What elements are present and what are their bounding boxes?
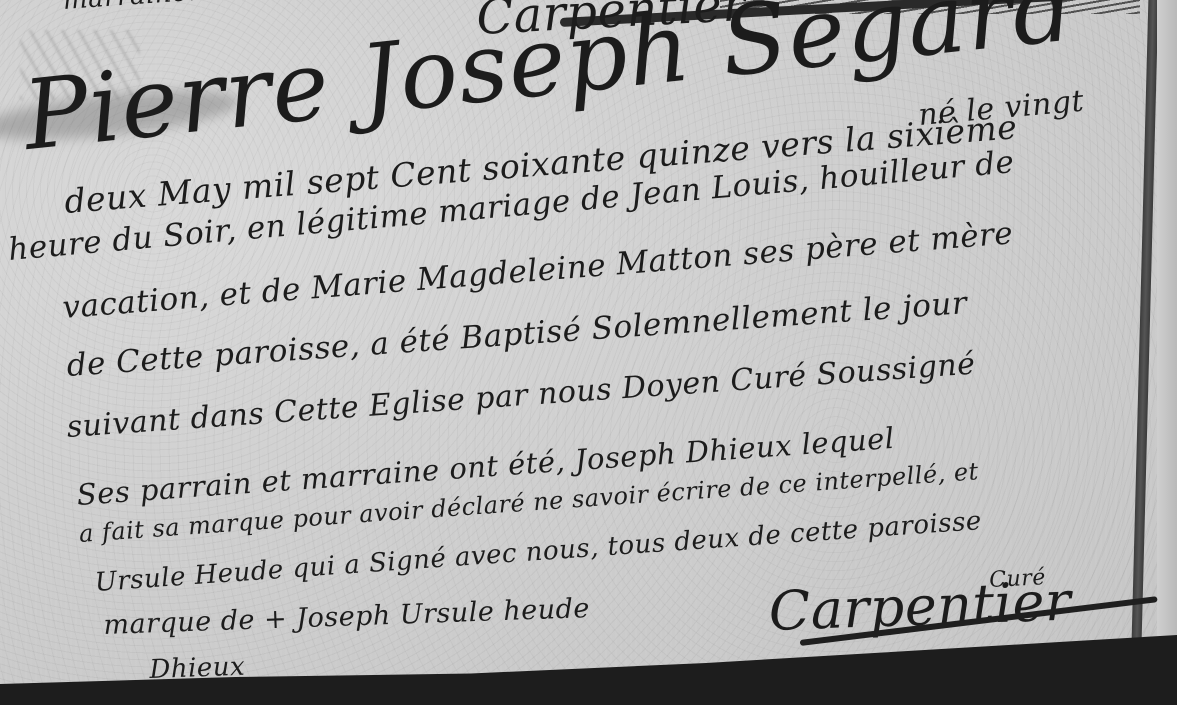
priest-title: Curé bbox=[989, 565, 1047, 593]
right-margin-rule bbox=[1132, 0, 1159, 640]
scanned-register-page: marraine. Carpentier Pierre Joseph Segar… bbox=[0, 0, 1177, 705]
previous-entry-tail: marraine. bbox=[62, 0, 198, 16]
page-right-edge bbox=[1157, 0, 1177, 705]
signature-line: marque de + Joseph Ursule heude bbox=[103, 593, 590, 641]
